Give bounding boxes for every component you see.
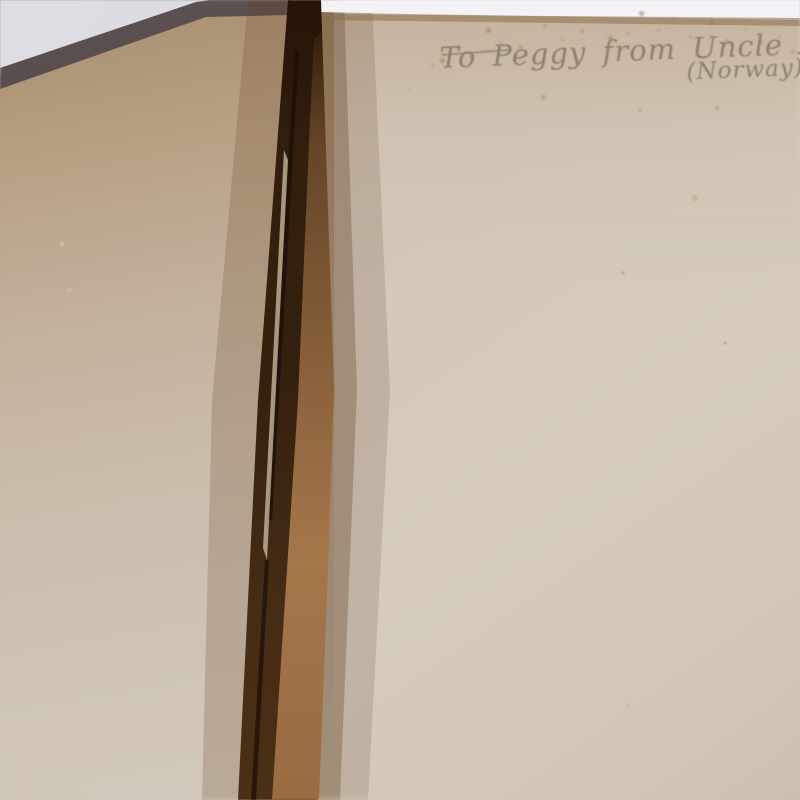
foxing-spot [639,11,644,16]
foxing-spot [724,342,726,344]
foxing-spot [543,24,547,28]
photo-frame: To Peggy from Uncle Aje (Norway) [0,0,800,800]
foxing-spot [622,272,624,274]
foxing-spot [715,106,719,110]
foxing-spot [692,195,698,201]
foxing-spot [626,704,630,708]
foxing-spot [638,108,642,112]
foxing-spot [710,21,714,25]
foxing-spot [671,17,675,21]
foxing-spot [68,289,71,292]
foxing-spot [60,242,64,246]
foxing-spot [486,28,491,33]
inscription-line2: (Norway) [686,55,800,86]
foxing-layer [0,0,800,800]
foxing-spot [657,28,660,31]
foxing-spot [409,87,412,90]
foxing-spot [580,29,584,33]
foxing-spot [541,95,546,100]
foxing-spot [179,141,182,144]
